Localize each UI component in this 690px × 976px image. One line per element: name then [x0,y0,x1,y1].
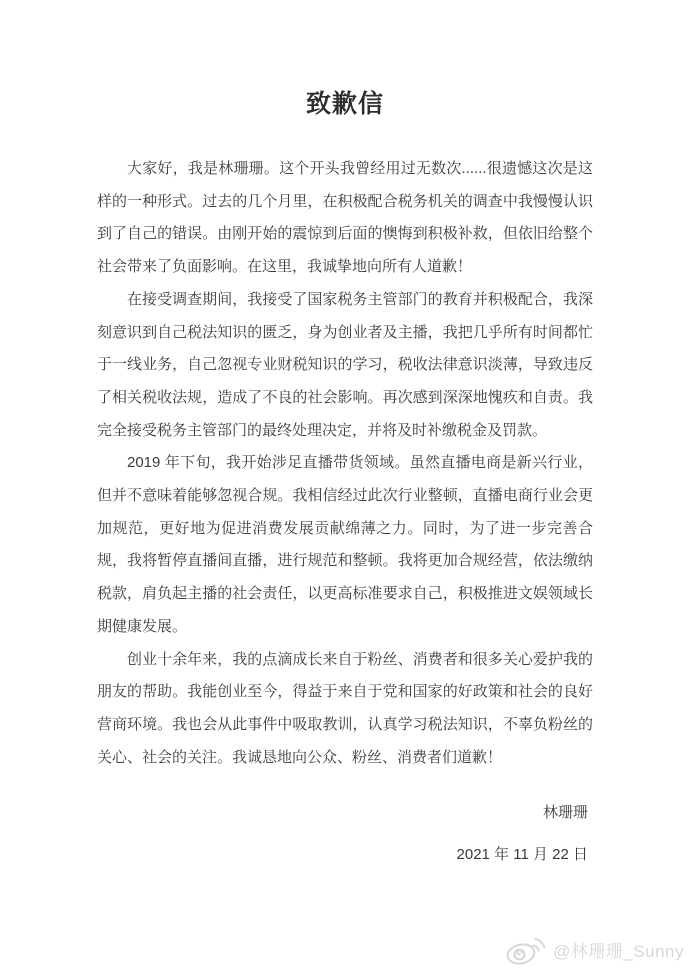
signature-name: 林珊珊 [97,796,588,829]
letter-paragraph-2: 在接受调查期间，我接受了国家税务主管部门的教育并积极配合，我深刻意识到自己税法知… [97,284,593,448]
signature-date: 2021 年 11 月 22 日 [97,838,588,871]
letter-paragraph-4: 创业十余年来，我的点滴成长来自于粉丝、消费者和很多关心爱护我的朋友的帮助。我能创… [97,644,593,775]
letter-paragraph-3: 2019 年下旬，我开始涉足直播带货领域。虽然直播电商是新兴行业，但并不意味着能… [97,447,593,643]
weibo-icon [504,932,550,966]
letter-paragraph-1: 大家好，我是林珊珊。这个开头我曾经用过无数次......很遗憾这次是这样的一种形… [97,153,593,284]
letter-page: 致歉信 大家好，我是林珊珊。这个开头我曾经用过无数次......很遗憾这次是这样… [0,0,690,976]
signature-block: 林珊珊 2021 年 11 月 22 日 [97,796,593,871]
letter-title: 致歉信 [97,90,593,119]
weibo-watermark: @林珊珊_Sunny [504,932,684,966]
watermark-handle: @林珊珊_Sunny [553,937,684,962]
letter-body: 致歉信 大家好，我是林珊珊。这个开头我曾经用过无数次......很遗憾这次是这样… [97,90,593,871]
